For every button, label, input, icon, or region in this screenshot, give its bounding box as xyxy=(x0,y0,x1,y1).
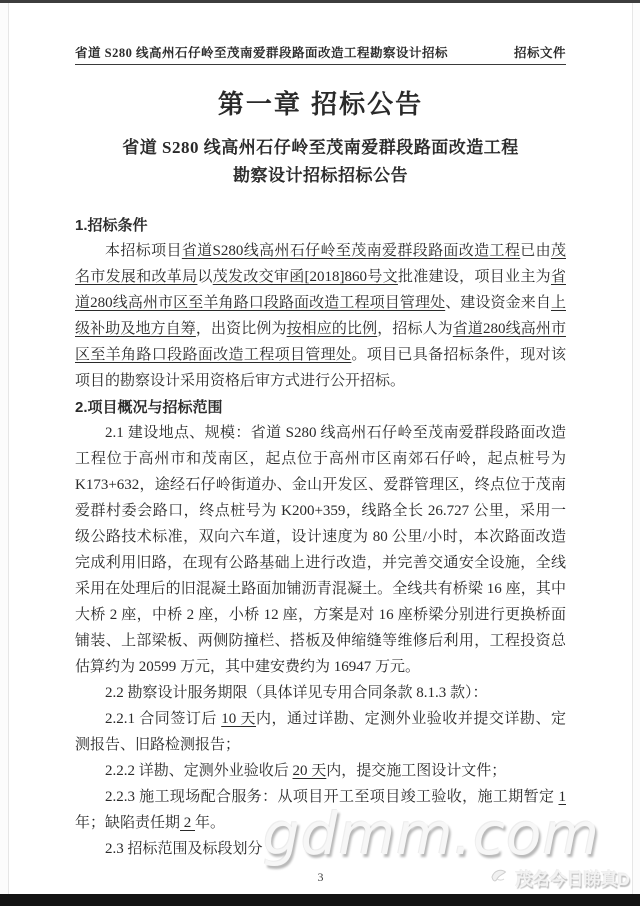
paragraph: 2.2.3 施工现场配合服务：从项目开工至项目竣工验收，施工期暂定 1 年；缺陷… xyxy=(75,784,566,836)
text-segment: 2.2.1 合同签订后 xyxy=(105,711,221,727)
document-page: 省道 S280 线高州石仔岭至茂南爱群段路面改造工程勘察设计招标 招标文件 第一… xyxy=(9,3,632,894)
subtitle-line-1: 省道 S280 线高州石仔岭至茂南爱群段路面改造工程 xyxy=(75,134,566,162)
text-segment: ，出资比例为 xyxy=(196,321,287,337)
header-project-title: 省道 S280 线高州石仔岭至茂南爱群段路面改造工程勘察设计招标 xyxy=(75,43,448,61)
text-segment: 2.2.3 施工现场配合服务：从项目开工至项目竣工验收，施工期暂定 xyxy=(105,789,559,805)
text-segment: 内，提交施工图设计文件； xyxy=(326,763,506,779)
text-segment: 以 xyxy=(197,269,212,285)
text-segment: 年；缺陷责任期 xyxy=(75,815,180,831)
paragraph: 2.2 勘察设计服务期限（具体详见专用合同条款 8.1.3 款）： xyxy=(75,680,566,706)
paragraph: 本招标项目省道S280线高州石仔岭至茂南爱群段路面改造工程已由茂名市发展和改革局… xyxy=(75,238,566,394)
text-segment: 2.2 勘察设计服务期限（具体详见专用合同条款 8.1.3 款）： xyxy=(105,685,488,701)
text-segment: 年。 xyxy=(195,815,225,831)
text-segment: 本招标项目 xyxy=(105,243,182,259)
text-segment: 、建设资金来自 xyxy=(445,295,551,311)
paragraph: 2.1 建设地点、规模：省道 S280 线高州石仔岭至茂南爱群段路面改造工程位于… xyxy=(75,420,566,680)
document-body: 1.招标条件 本招标项目省道S280线高州石仔岭至茂南爱群段路面改造工程已由茂名… xyxy=(75,214,566,862)
header-doc-type: 招标文件 xyxy=(514,43,566,61)
section-project-overview: 2.项目概况与招标范围 2.1 建设地点、规模：省道 S280 线高州石仔岭至茂… xyxy=(75,396,566,862)
doc-header: 省道 S280 线高州石仔岭至茂南爱群段路面改造工程勘察设计招标 招标文件 xyxy=(75,43,566,65)
section-bidding-conditions: 1.招标条件 本招标项目省道S280线高州石仔岭至茂南爱群段路面改造工程已由茂名… xyxy=(75,214,566,394)
subtitle-line-2: 勘察设计招标招标公告 xyxy=(75,162,566,190)
text-segment: 2.2.2 详勘、定测外业验收后 xyxy=(105,763,293,779)
paragraph: 2.3 招标范围及标段划分 xyxy=(75,836,566,862)
page-bottom-bar xyxy=(0,894,640,906)
text-segment: 20 天 xyxy=(293,763,327,779)
paragraph: 2.2.2 详勘、定测外业验收后 20 天内，提交施工图设计文件； xyxy=(75,758,566,784)
text-segment: 茂发改交审函[2018]860号文 xyxy=(213,269,398,285)
page-number: 3 xyxy=(75,870,566,885)
chapter-title: 第一章 招标公告 xyxy=(75,90,566,118)
text-segment: 2.1 建设地点、规模：省道 S280 线高州石仔岭至茂南爱群段路面改造工程位于… xyxy=(75,425,566,675)
paragraph: 2.2.1 合同签订后 10 天内，通过详勘、定测外业验收并提交详勘、定测报告、… xyxy=(75,706,566,758)
text-segment: 10 天 xyxy=(221,711,256,727)
section-heading: 2.项目概况与招标范围 xyxy=(75,396,566,420)
section-heading: 1.招标条件 xyxy=(75,214,566,238)
page-edge-right xyxy=(632,3,633,894)
text-segment: 1 xyxy=(559,789,567,805)
text-segment: 2.3 招标范围及标段划分 xyxy=(105,841,263,857)
text-segment: 按相应的比例 xyxy=(287,321,378,337)
text-segment: ，招标人为 xyxy=(377,321,453,337)
text-segment: 省道S280线高州石仔岭至茂南爱群段路面改造工程 xyxy=(182,243,520,259)
text-segment: 已由 xyxy=(520,243,551,259)
text-segment: 2 xyxy=(180,815,195,831)
text-segment: 批准建设，项目业主为 xyxy=(398,269,551,285)
